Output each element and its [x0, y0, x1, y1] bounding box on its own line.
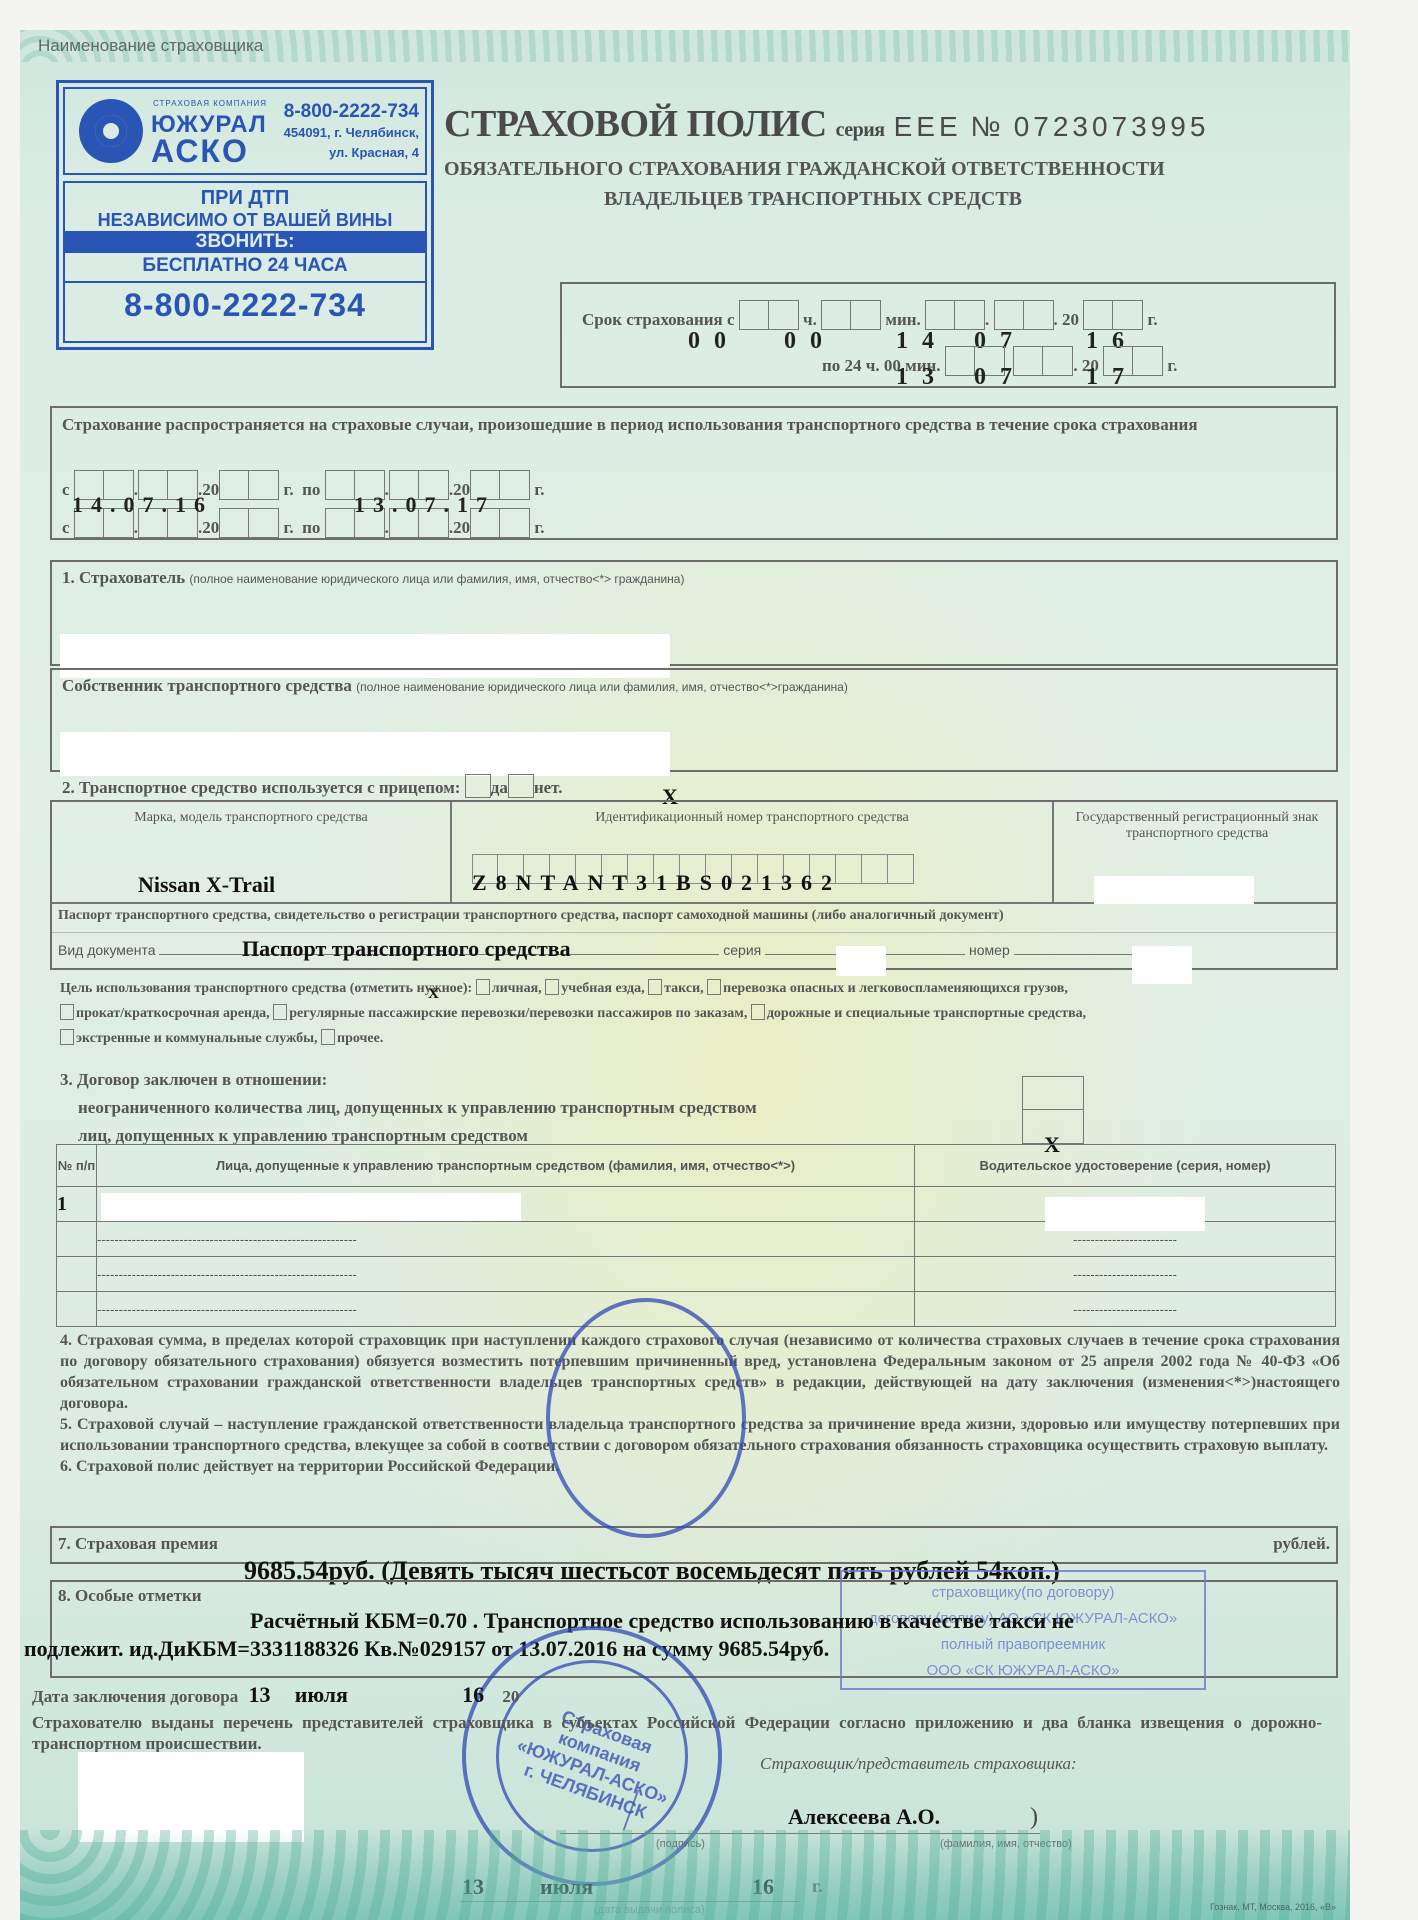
- make-header: Марка, модель транспортного средства: [52, 810, 450, 826]
- purpose-section: Цель использования транспортного средств…: [60, 976, 1350, 1051]
- row-no: 1: [57, 1187, 97, 1222]
- period-from-row: Срок страхования с ч. мин. . . 20 г.: [582, 300, 1158, 330]
- redacted-license: [1045, 1197, 1205, 1231]
- to-year: 17: [1086, 364, 1138, 391]
- usage-from-date: 14.07.16: [72, 492, 213, 518]
- trailer-no-checkbox[interactable]: [508, 774, 534, 798]
- redacted-doc-series: [836, 946, 886, 976]
- contract-year: 16: [462, 1682, 484, 1707]
- trailer-yes-checkbox[interactable]: [465, 774, 491, 798]
- purpose-checkbox-road[interactable]: [751, 1004, 765, 1020]
- from-label: с: [62, 518, 70, 537]
- policy-title: СТРАХОВОЙ ПОЛИС серия ЕЕЕ № 0723073995: [444, 102, 1209, 146]
- stamp-line-1: страховщику(по договору): [842, 1580, 1204, 1606]
- row-name: [97, 1187, 915, 1222]
- policy-sheet: Наименование страховщика СТРАХОВАЯ КОМПА…: [20, 30, 1350, 1920]
- owner-section: Собственник транспортного средства (полн…: [50, 668, 1338, 772]
- drivers-table: № п/п Лица, допущенные к управлению тран…: [56, 1144, 1336, 1327]
- owner-label: Собственник транспортного средства: [62, 676, 352, 695]
- insurer-phone: 8-800-2222-734: [284, 101, 419, 123]
- doc-type: Паспорт транспортного средства: [242, 936, 571, 962]
- redacted-plate: [1094, 876, 1254, 904]
- insurer-label: Наименование страховщика: [38, 36, 263, 56]
- purpose-checkbox-personal[interactable]: [476, 979, 490, 995]
- row-name: ----------------------------------------…: [97, 1257, 915, 1292]
- vehicle-section: Марка, модель транспортного средства Иде…: [50, 800, 1338, 970]
- contract-date-row: Дата заключения договора 13 июля 16 20: [32, 1682, 519, 1708]
- redacted-driver-name: [101, 1193, 521, 1221]
- redacted-owner-name: [60, 732, 670, 776]
- usage-to-date: 13.07.17: [354, 492, 495, 518]
- from-label: с: [62, 480, 70, 499]
- subtitle-1: ОБЯЗАТЕЛЬНОГО СТРАХОВАНИЯ ГРАЖДАНСКОЙ ОТ…: [444, 158, 1165, 181]
- purpose-mark: X: [428, 986, 439, 1003]
- notice-line-3: ЗВОНИТЬ:: [65, 231, 425, 253]
- issued-text: Страхователю выданы перечень представите…: [32, 1712, 1322, 1754]
- contract-title: 3. Договор заключен в отношении:: [60, 1066, 757, 1094]
- purpose-other: прочее.: [337, 1031, 383, 1046]
- notice-line-4: БЕСПЛАТНО 24 ЧАСА: [65, 255, 425, 283]
- insured-hint: (полное наименование юридического лица и…: [189, 572, 684, 586]
- row-name: ----------------------------------------…: [97, 1222, 915, 1257]
- to-day: 13: [896, 364, 948, 391]
- doc-header: Паспорт транспортного средства, свидетел…: [58, 908, 1004, 924]
- company-kind: СТРАХОВАЯ КОМПАНИЯ: [153, 99, 267, 108]
- to-label: по: [302, 518, 320, 537]
- premium-unit: рублей.: [1273, 1534, 1330, 1554]
- rep-label: Страховщик/представитель страховщика:: [760, 1754, 1077, 1774]
- row-name: ----------------------------------------…: [97, 1292, 915, 1327]
- special-line-1: Расчётный КБМ=0.70 . Транспортное средст…: [250, 1608, 1074, 1634]
- purpose-checkbox-rental[interactable]: [60, 1004, 74, 1020]
- purpose-checkbox-training[interactable]: [545, 979, 559, 995]
- doc-number-label: номер: [969, 942, 1010, 958]
- purpose-rental: прокат/краткосрочная аренда,: [76, 1006, 270, 1021]
- insurance-period: Срок страхования с ч. мин. . . 20 г. 00 …: [560, 282, 1336, 388]
- brand-name-2: АСКО: [151, 133, 249, 170]
- notice-line-1: ПРИ ДТП: [65, 187, 425, 210]
- vehicle-vin: Z8NTANT31BS021362: [472, 870, 841, 896]
- usage-period: Страхование распространяется на страховы…: [50, 406, 1338, 540]
- issue-day: 13: [462, 1874, 484, 1900]
- purpose-checkbox-other[interactable]: [321, 1029, 335, 1045]
- year-suffix-2: г.: [1167, 356, 1177, 375]
- col-driver-name: Лица, допущенные к управлению транспортн…: [97, 1145, 915, 1187]
- year-prefix: .20: [198, 518, 219, 537]
- purpose-checkbox-taxi[interactable]: [648, 979, 662, 995]
- from-hours: 00: [688, 328, 740, 355]
- minutes-suffix: мин.: [885, 310, 920, 329]
- printer-info: Гознак, МТ, Москва, 2016, «В»: [1210, 1902, 1336, 1912]
- insurer-logo-block: СТРАХОВАЯ КОМПАНИЯ ЮЖУРАЛ АСКО 8-800-222…: [63, 87, 427, 175]
- purpose-road: дорожные и специальные транспортные сред…: [767, 1006, 1086, 1021]
- stamp-line-3: полный правопреемник: [842, 1632, 1204, 1658]
- trailer-no-label: нет.: [534, 778, 563, 797]
- number-label: №: [971, 111, 1005, 142]
- period-label: Срок страхования с: [582, 310, 735, 329]
- redacted-insured-signature: [78, 1752, 304, 1842]
- insured-title: 1. Страхователь (полное наименование юри…: [62, 568, 684, 588]
- rep-paren: ): [1030, 1804, 1038, 1831]
- purpose-training: учебная езда,: [561, 981, 644, 996]
- issue-date-line: [460, 1876, 800, 1902]
- plate-header: Государственный регистрационный знак тра…: [1056, 810, 1338, 842]
- contract-day: 13: [248, 1682, 270, 1707]
- issue-year: 16: [752, 1874, 774, 1900]
- purpose-label: Цель использования транспортного средств…: [60, 981, 472, 996]
- policy-number: 0723073995: [1014, 111, 1210, 142]
- accident-notice: ПРИ ДТП НЕЗАВИСИМО ОТ ВАШЕЙ ВИНЫ ЗВОНИТЬ…: [63, 181, 427, 343]
- insurer-address-1: 454091, г. Челябинск,: [284, 125, 419, 140]
- trailer-row: 2. Транспортное средство используется с …: [62, 774, 563, 798]
- stamp-line-4: ООО «СК ЮЖУРАЛ-АСКО»: [842, 1658, 1204, 1684]
- year-prefix: 20: [1062, 310, 1079, 329]
- trailer-yes-label: да: [491, 778, 508, 797]
- purpose-emergency: экстренные и коммунальные службы,: [76, 1031, 318, 1046]
- notice-phone: 8-800-2222-734: [65, 287, 425, 324]
- purpose-checkbox-emergency[interactable]: [60, 1029, 74, 1045]
- policy-series: ЕЕЕ: [894, 111, 962, 142]
- owner-hint: (полное наименование юридического лица и…: [356, 680, 848, 694]
- col-license: Водительское удостоверение (серия, номер…: [915, 1145, 1336, 1187]
- signature-caption: (подпись): [656, 1838, 705, 1850]
- issue-month: июля: [540, 1874, 593, 1900]
- company-logo-icon: [79, 99, 143, 163]
- contract-unlimited: неограниченного количества лиц, допущенн…: [60, 1094, 757, 1122]
- insured-section: 1. Страхователь (полное наименование юри…: [50, 560, 1338, 666]
- purpose-dangerous: перевозка опасных и легковоспламеняющихс…: [723, 981, 1068, 996]
- year-suffix: г.: [534, 518, 544, 537]
- issue-year-suffix: г.: [812, 1876, 823, 1897]
- to-month: 07: [974, 364, 1026, 391]
- purpose-passenger: регулярные пассажирские перевозки/перево…: [289, 1006, 747, 1021]
- table-row: 1: [57, 1187, 1336, 1222]
- trailer-label: 2. Транспортное средство используется с …: [62, 778, 460, 797]
- purpose-personal: личная,: [492, 981, 542, 996]
- subtitle-2: ВЛАДЕЛЬЦЕВ ТРАНСПОРТНЫХ СРЕДСТВ: [604, 188, 1022, 211]
- row-license: [915, 1187, 1336, 1222]
- vin-header: Идентификационный номер транспортного ср…: [452, 810, 1052, 826]
- row-license: ------------------------: [915, 1292, 1336, 1327]
- col-no: № п/п: [57, 1145, 97, 1187]
- year-suffix: г.: [284, 480, 294, 499]
- contract-year-prefix: 20: [502, 1687, 519, 1706]
- round-stamp-top-icon: [546, 1298, 746, 1538]
- insurer-stamp: СТРАХОВАЯ КОМПАНИЯ ЮЖУРАЛ АСКО 8-800-222…: [56, 80, 434, 350]
- contract-date-label: Дата заключения договора: [32, 1687, 238, 1706]
- table-row: ----------------------------------------…: [57, 1257, 1336, 1292]
- round-stamp-bottom-icon: Страховая компания «ЮЖУРАЛ-АСКО» г. ЧЕЛЯ…: [462, 1626, 722, 1886]
- title-text: СТРАХОВОЙ ПОЛИС: [444, 103, 827, 145]
- purpose-taxi: такси,: [664, 981, 704, 996]
- name-caption: (фамилия, имя, отчество): [940, 1838, 1072, 1850]
- insurer-address-2: ул. Красная, 4: [329, 145, 419, 160]
- hours-suffix: ч.: [803, 310, 817, 329]
- vehicle-make: Nissan X-Trail: [138, 872, 275, 898]
- to-label: по: [302, 480, 320, 499]
- notice-line-2: НЕЗАВИСИМО ОТ ВАШЕЙ ВИНЫ: [65, 210, 425, 231]
- purpose-checkbox-dangerous[interactable]: [707, 979, 721, 995]
- premium-label: 7. Страховая премия: [58, 1534, 218, 1554]
- doc-series-label: серия: [723, 942, 761, 958]
- purpose-checkbox-passenger[interactable]: [273, 1004, 287, 1020]
- contract-section: 3. Договор заключен в отношении: неогран…: [60, 1066, 757, 1150]
- issue-caption: (дата выдачи полиса): [594, 1904, 705, 1916]
- year-suffix: г.: [284, 518, 294, 537]
- special-label: 8. Особые отметки: [58, 1586, 202, 1606]
- rep-name: Алексеева А.О.: [788, 1804, 940, 1830]
- contract-month: июля: [295, 1682, 348, 1707]
- doc-type-label: Вид документа: [58, 942, 155, 958]
- series-label: серия: [836, 119, 885, 141]
- insured-label: 1. Страхователь: [62, 568, 185, 587]
- year-suffix: г.: [534, 480, 544, 499]
- year-suffix: г.: [1148, 310, 1158, 329]
- usage-period-text: Страхование распространяется на страховы…: [62, 414, 1322, 436]
- unlimited-checkbox[interactable]: [1022, 1076, 1084, 1110]
- owner-title: Собственник транспортного средства (полн…: [62, 676, 848, 696]
- special-line-2: подлежит. ид.ДиКБМ=3331188326 Кв.№029157…: [24, 1636, 829, 1662]
- row-license: ------------------------: [915, 1257, 1336, 1292]
- year-prefix: .20: [449, 518, 470, 537]
